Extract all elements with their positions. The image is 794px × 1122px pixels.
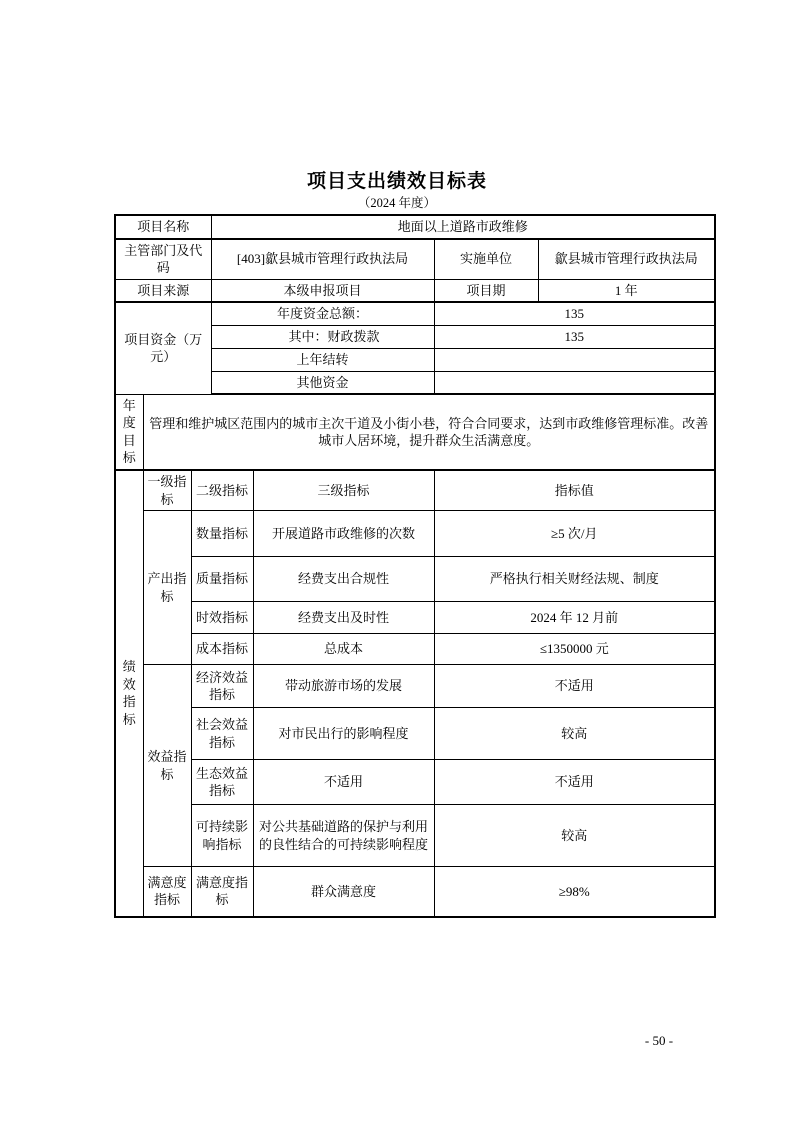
funding-name-total: 年度资金总额： — [211, 302, 434, 325]
source-value: 本级申报项目 — [211, 279, 434, 302]
indicator-row: 效益指标 经济效益指标 带动旅游市场的发展 不适用 — [115, 665, 715, 708]
indicator-level3: 开展道路市政维修的次数 — [253, 511, 434, 557]
indicator-level2: 可持续影响指标 — [191, 805, 253, 867]
indicator-level2: 数量指标 — [191, 511, 253, 557]
indicator-row: 产出指标 数量指标 开展道路市政维修的次数 ≥5 次/月 — [115, 511, 715, 557]
indicator-value: 不适用 — [434, 760, 715, 805]
funding-value-total: 135 — [434, 302, 715, 325]
funding-value-other — [434, 371, 715, 394]
page-subtitle: （2024 年度） — [0, 195, 794, 211]
header-level1: 一级指标 — [143, 470, 191, 511]
indicator-level2: 经济效益指标 — [191, 665, 253, 708]
indicator-level3: 经费支出合规性 — [253, 557, 434, 602]
indicator-row: 成本指标 总成本 ≤1350000 元 — [115, 634, 715, 665]
indicator-level3: 带动旅游市场的发展 — [253, 665, 434, 708]
header-level2: 二级指标 — [191, 470, 253, 511]
indicator-value: 较高 — [434, 708, 715, 760]
indicator-section-label: 绩效指标 — [115, 470, 143, 917]
funding-name-fiscal: 其中：财政拨款 — [211, 325, 434, 348]
indicator-row: 可持续影响指标 对公共基础道路的保护与利用的良性结合的可持续影响程度 较高 — [115, 805, 715, 867]
indicator-row: 时效指标 经费支出及时性 2024 年 12 月前 — [115, 602, 715, 634]
source-label: 项目来源 — [115, 279, 211, 302]
impl-unit-value: 歙县城市管理行政执法局 — [538, 239, 715, 280]
page-number: - 50 - — [603, 1033, 715, 1049]
indicator-value: ≤1350000 元 — [434, 634, 715, 665]
indicator-level3: 对公共基础道路的保护与利用的良性结合的可持续影响程度 — [253, 805, 434, 867]
project-name-label: 项目名称 — [115, 215, 211, 239]
indicator-level2: 成本指标 — [191, 634, 253, 665]
indicator-value: ≥98% — [434, 867, 715, 917]
indicator-level2: 时效指标 — [191, 602, 253, 634]
department-value: [403]歙县城市管理行政执法局 — [211, 239, 434, 280]
funding-name-carryover: 上年结转 — [211, 348, 434, 371]
header-value: 指标值 — [434, 470, 715, 511]
funding-value-fiscal: 135 — [434, 325, 715, 348]
project-name-value: 地面以上道路市政维修 — [211, 215, 715, 239]
department-label: 主管部门及代码 — [115, 239, 211, 280]
period-value: 1 年 — [538, 279, 715, 302]
indicator-row: 社会效益指标 对市民出行的影响程度 较高 — [115, 708, 715, 760]
annual-goal-label: 年度目标 — [115, 394, 143, 470]
performance-target-table: 项目名称 地面以上道路市政维修 主管部门及代码 [403]歙县城市管理行政执法局… — [114, 214, 716, 918]
annual-goal-row: 年度目标 管理和维护城区范围内的城市主次干道及小街小巷，符合合同要求，达到市政维… — [115, 394, 715, 470]
indicator-level2: 社会效益指标 — [191, 708, 253, 760]
indicator-value: 严格执行相关财经法规、制度 — [434, 557, 715, 602]
period-label: 项目期 — [434, 279, 538, 302]
impl-unit-label: 实施单位 — [434, 239, 538, 280]
funding-name-other: 其他资金 — [211, 371, 434, 394]
indicator-level3: 经费支出及时性 — [253, 602, 434, 634]
indicator-row: 质量指标 经费支出合规性 严格执行相关财经法规、制度 — [115, 557, 715, 602]
indicator-level3: 群众满意度 — [253, 867, 434, 917]
indicator-level2: 生态效益指标 — [191, 760, 253, 805]
indicator-value: 较高 — [434, 805, 715, 867]
indicator-level2: 满意度指标 — [191, 867, 253, 917]
indicator-row: 生态效益指标 不适用 不适用 — [115, 760, 715, 805]
level1-benefit: 效益指标 — [143, 665, 191, 867]
indicator-level3: 总成本 — [253, 634, 434, 665]
source-row: 项目来源 本级申报项目 项目期 1 年 — [115, 279, 715, 302]
funding-row-total: 项目资金（万元） 年度资金总额： 135 — [115, 302, 715, 325]
indicator-value: 不适用 — [434, 665, 715, 708]
funding-value-carryover — [434, 348, 715, 371]
indicator-level3: 对市民出行的影响程度 — [253, 708, 434, 760]
indicator-value: ≥5 次/月 — [434, 511, 715, 557]
funding-label: 项目资金（万元） — [115, 302, 211, 394]
indicator-row: 满意度指标 满意度指标 群众满意度 ≥98% — [115, 867, 715, 917]
level1-satisfaction: 满意度指标 — [143, 867, 191, 917]
indicator-value: 2024 年 12 月前 — [434, 602, 715, 634]
indicator-level3: 不适用 — [253, 760, 434, 805]
level1-output: 产出指标 — [143, 511, 191, 665]
annual-goal-content: 管理和维护城区范围内的城市主次干道及小街小巷，符合合同要求，达到市政维修管理标准… — [143, 394, 715, 470]
indicator-level2: 质量指标 — [191, 557, 253, 602]
header-level3: 三级指标 — [253, 470, 434, 511]
department-row: 主管部门及代码 [403]歙县城市管理行政执法局 实施单位 歙县城市管理行政执法… — [115, 239, 715, 280]
page-title: 项目支出绩效目标表 — [0, 171, 794, 193]
indicator-header-row: 绩效指标 一级指标 二级指标 三级指标 指标值 — [115, 470, 715, 511]
project-name-row: 项目名称 地面以上道路市政维修 — [115, 215, 715, 239]
